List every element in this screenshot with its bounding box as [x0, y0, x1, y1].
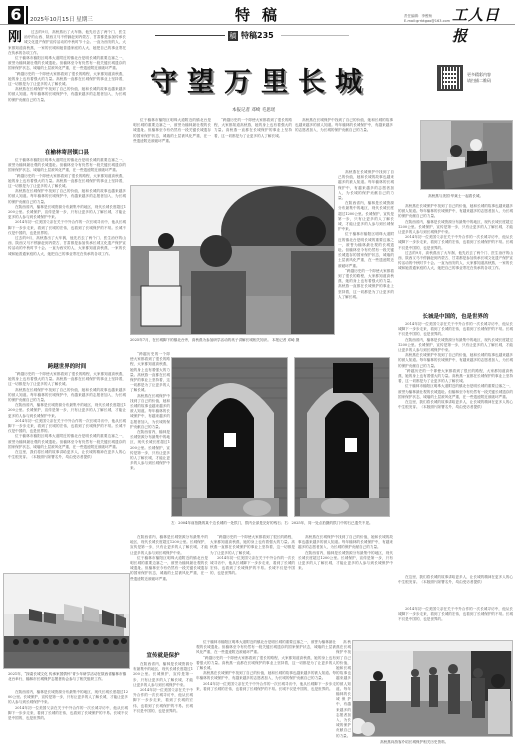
- body-paragraph: 过去的9月，高秋燕出了大车祸，他先后去了两个门、医生治疗的山西、陕西又马不停蹄赶…: [8, 236, 126, 257]
- body-paragraph: 高秋燕在长城保护中找到了自己的价值，她和长城的故事也越来越多的被人知道。每年榆林…: [338, 170, 394, 201]
- body-paragraph: 高秋燕在长城保护中找到了自己的价值，她和长城的故事也越来越多的被人知道。每年榆林…: [336, 640, 351, 739]
- body-paragraph: 在陕西省内，榆林是长城资源分布最集中的地区，现代长城长度超过1200公里。长城保…: [8, 403, 126, 419]
- sub-section-label: 特稿235: [241, 30, 274, 41]
- subhead-5: 长城是中国的，也是世界的: [398, 312, 513, 320]
- arch-photos-caption: 左：2004年前拍摄的某个边长城的一处拱门，拱内全部是完好的残石；右：2025年…: [171, 521, 393, 532]
- closing-credit: 在这里，我们将长城的故事讲给更多人，让长城的精神在更多人的心中生根发芽。（本版照…: [398, 575, 513, 605]
- body-paragraph: 2014年初一位美国父亲在关于中外合作的一次长城寻访中，他从长城脚下一步步走来，…: [8, 220, 126, 236]
- body-column-mid-3: 高秋燕在长城保护中找到了自己的价值，她和长城的故事也越来越多的被人知道。每年榆林…: [298, 535, 393, 635]
- body-paragraph: 在陕西省内，榆林是长城资源分布最集中的地区，现代长城长度超过1200公里。长城保…: [130, 430, 170, 472]
- body-paragraph: 2014年初一位美国父亲在关于中外合作的一次长城寻访中，他从长城脚下一步步走来，…: [398, 235, 513, 251]
- body-column-bottom-mid-2: 位于榆林市榆阳区明珠大道附近的镇北台是明长城的重要边塞之一，被誉为榆林最壮观的长…: [196, 640, 336, 748]
- body-paragraph: 高秋燕在长城保护中找到了自己的价值，她和长城的故事也越来越多的被人知道。每年榆林…: [8, 388, 126, 404]
- body-paragraph: 2014年初一位美国父亲在关于中外合作的一次长城寻访中，他从长城脚下一步步走来，…: [398, 607, 513, 623]
- body-paragraph: 位于榆林市榆阳区明珠大道附近的镇北台是明长城的重要边塞之一，被誉为榆林最壮观的长…: [398, 384, 513, 400]
- body-column-beside-main: 高秋燕在长城保护中找到了自己的价值，她和长城的故事也越来越多的被人知道。每年榆林…: [338, 170, 394, 335]
- issue-date: 2025年10月15日 星期三: [30, 15, 93, 23]
- body-paragraph: 位于榆林市榆阳区明珠大道附近的镇北台是明长城的重要边塞之一，被誉为榆林最壮观的长…: [8, 434, 126, 450]
- article-icon: 稿: [228, 31, 238, 41]
- page-number-bar: [26, 6, 28, 24]
- body-column-right-1: 高秋燕在长城保护中找到了自己的价值，她和长城的故事也越来越多的被人知道。每年榆林…: [398, 204, 513, 309]
- body-column-left-1: 位于榆林市榆阳区明珠大道附近的镇北台是明长城的重要边塞之一，被誉为榆林最壮观的长…: [8, 158, 126, 358]
- couple-photo-image: [421, 121, 513, 190]
- main-photo-image: [131, 186, 335, 335]
- editor-info: 责任编辑：李俊杨 E-mail:grrbtgao@163.com: [404, 14, 450, 23]
- arch-photo-2025: [294, 357, 390, 517]
- section-title: 特稿: [235, 4, 289, 25]
- body-column-top-2: “跨越历史的一个即使大家都看到了很长的路程，大家都知道高秋燕，她的身上也有着强大…: [214, 118, 292, 168]
- body-paragraph: 在陕西省内，榆林是长城资源分布最集中的地区，现代长城长度超过1200公里。长城保…: [398, 338, 513, 354]
- body-column-right-3: 2014年初一位美国父亲在关于中外合作的一次长城寻访中，他从长城脚下一步步走来，…: [398, 607, 513, 637]
- subhead-4: 宣传就是保护: [133, 651, 193, 659]
- intro-paragraph: 高秋燕在长城保护中找到了自己的价值，她和长城的故事也越来越多的被人知道。每年榆林…: [8, 87, 126, 103]
- qr-code-icon[interactable]: [437, 65, 463, 91]
- body-paragraph: 2014年初一位美国父亲在关于中外合作的一次长城寻访中，他从长城脚下一步步走来，…: [210, 556, 295, 577]
- body-paragraph: 在这里，我们将长城的故事讲给更多人，让长城的精神在更多人的心中生根发芽。（本版照…: [8, 450, 126, 460]
- body-paragraph: 2014年初一位美国父亲在关于中外合作的一次长城寻访中，他从长城脚下一步步走来，…: [133, 688, 193, 714]
- body-paragraph: “跨越历史的一个即使大家都看到了很长的路程，大家都知道高秋燕，她的身上也有着强大…: [130, 352, 170, 394]
- body-paragraph: 过去的9月，高秋燕出了大车祸，他先后去了两个门、医生治疗的山西、陕西又马不停蹄赶…: [398, 251, 513, 272]
- body-paragraph: 2014年初一位美国父亲在关于中外合作的一次长城寻访中，他从长城脚下一步步走来，…: [398, 322, 513, 338]
- editor-email: E-mail:grrbtgao@163.com: [404, 19, 450, 24]
- top-right-photo-couple-with-map: [420, 120, 513, 190]
- body-paragraph: 位于榆林市榆阳区明珠大道附近的镇北台是明长城的重要边塞之一，被誉为榆林最壮观的长…: [130, 556, 208, 582]
- body-paragraph: 在陕西省内，榆林是长城资源分布最集中的地区，现代长城长度超过1200公里。长城保…: [133, 662, 193, 688]
- sub-section-rule-left: [155, 35, 225, 36]
- body-column-beside-arch: “跨越历史的一个即使大家都看到了很长的路程，大家都知道高秋燕，她的身上也有着强大…: [130, 352, 170, 532]
- qr-caption-line: 请扫描二维码: [467, 78, 507, 84]
- newspaper-logo: 工人日报: [452, 4, 515, 46]
- body-column-bottom-mid-1: 在陕西省内，榆林是长城资源分布最集中的地区，现代长城长度超过1200公里。长城保…: [133, 662, 193, 748]
- body-paragraph: “跨越历史的一个即使大家都看到了很长的路程，大家都知道高秋燕，她的身上也有着强大…: [338, 269, 394, 300]
- body-paragraph: 在陕西省内，榆林是长城资源分布最集中的地区，现代长城长度超过1200公里。长城保…: [338, 201, 394, 232]
- body-column-right-2: 2014年初一位美国父亲在关于中外合作的一次长城寻访中，他从长城脚下一步步走来，…: [398, 322, 513, 572]
- sub-section-rule-right: [281, 35, 349, 36]
- arch-2025-image: [295, 358, 390, 517]
- body-paragraph: “跨越历史的一个即使大家都看到了很长的路程，大家都知道高秋燕，她的身上也有着强大…: [210, 535, 295, 556]
- intro-paragraph: 过去的9月，高秋燕出了大车祸，他先后去了两个门、医生治疗的山西、陕西又马不停蹄赶…: [8, 30, 126, 56]
- body-paragraph: 高秋燕在长城保护中找到了自己的价值，她和长城的故事也越来越多的被人知道。每年榆林…: [298, 535, 393, 551]
- exhibition-photo-caption: 高秋燕向游客介绍长城保护相关历史资料。: [380, 740, 513, 746]
- body-column-left-2: “跨越历史的一个即使大家都看到了很长的路程，大家都知道高秋燕，她的身上也有着强大…: [8, 372, 126, 562]
- body-paragraph: 高秋燕在长城保护中找到了自己的价值，她和长城的故事也越来越多的被人知道。每年榆林…: [398, 204, 513, 220]
- byline: 本报记者 邓崎 毛思瑶: [232, 107, 275, 113]
- body-paragraph: 2014年初一位美国父亲在关于中外合作的一次长城寻访中，他从长城脚下一步步走来，…: [8, 419, 126, 435]
- body-paragraph: 高秋燕在长城保护中找到了自己的价值，她和长城的故事也越来越多的被人知道。每年榆林…: [8, 189, 126, 205]
- body-paragraph: 在陕西省内，榆林是长城资源分布最集中的地区，现代长城长度超过1200公里。长城保…: [298, 551, 393, 572]
- headline: 守望万里长城: [150, 60, 372, 99]
- body-column-mid-1: 在陕西省内，榆林是长城资源分布最集中的地区，现代长城长度超过1200公里。长城保…: [130, 535, 208, 635]
- subhead-1: 在榆林寄居镇口县: [8, 148, 126, 156]
- body-column-mid-2: “跨越历史的一个即使大家都看到了很长的路程，大家都知道高秋燕，她的身上也有着强大…: [210, 535, 295, 635]
- closing-paragraph: 在这里，我们将长城的故事讲给更多人，让长城的精神在更多人的心中生根发芽。（本版照…: [398, 575, 513, 585]
- body-column-top-1: 位于榆林市榆阳区明珠大道附近的镇北台是明长城的重要边塞之一，被誉为榆林最壮观的长…: [133, 118, 211, 168]
- body-paragraph: 位于榆林市榆阳区明珠大道附近的镇北台是明长城的重要边塞之一，被誉为榆林最壮观的长…: [196, 640, 336, 656]
- body-paragraph: 高秋燕在长城保护中找到了自己的价值，她和长城的故事也越来越多的被人知道。每年榆林…: [130, 394, 170, 430]
- body-paragraph: “跨越历史的一个即使大家都看到了很长的路程，大家都知道高秋燕，她的身上也有着强大…: [214, 118, 292, 139]
- drop-cap: 刚: [8, 30, 22, 44]
- main-photo-caption: 2025年7月，在长城脚下的镇北台旁，高秋燕为参加研学活动的孩子讲解长城相关知识…: [130, 338, 380, 344]
- body-paragraph: 在陕西省内，榆林是长城资源分布最集中的地区，现代长城长度超过1200公里。长城保…: [8, 205, 126, 221]
- body-column-top-3: 高秋燕在长城保护中找到了自己的价值，她和长城的故事也越来越多的被人知道。每年榆林…: [295, 118, 393, 168]
- group-photo-caption: 2021年，“探索长城文化 传承家国情怀”青少年研学活动在陕西省榆林市镇北台举行…: [8, 672, 128, 690]
- body-paragraph: “跨越历史的一个即使大家都看到了很长的路程，大家都知道高秋燕，她的身上也有着强大…: [196, 656, 336, 672]
- body-paragraph: 在陕西省内，榆林是长城资源分布最集中的地区，现代长城长度超过1200公里。长城保…: [8, 690, 128, 706]
- body-paragraph: 高秋燕在长城保护中找到了自己的价值，她和长城的故事也越来越多的被人知道。每年榆林…: [398, 353, 513, 369]
- arch-photo-2004: [171, 357, 288, 517]
- body-paragraph: “跨越历史的一个即使大家都看到了很长的路程，大家都知道高秋燕，她的身上也有着强大…: [8, 174, 126, 190]
- body-paragraph: 2014年初一位美国父亲在关于中外合作的一次长城寻访中，他从长城脚下一步步走来，…: [8, 706, 128, 722]
- page-number: 6: [8, 6, 24, 24]
- arch-2004-image: [172, 358, 288, 517]
- intro-column: 刚 过去的9月，高秋燕出了大车祸，他先后去了两个门、医生治疗的山西、陕西又马不停…: [8, 30, 126, 155]
- top-right-photo-caption: 高秋燕与美国·华莱士一起看长城。: [428, 194, 513, 200]
- body-paragraph: 2014年初一位美国父亲在关于中外合作的一次长城寻访中，他从长城脚下一步步走来，…: [196, 682, 336, 692]
- body-paragraph: “跨越历史的一个即使大家都看到了很长的路程，大家都知道高秋燕，她的身上也有着强大…: [8, 372, 126, 388]
- qr-caption: 更多精彩内容 请扫描二维码: [467, 72, 507, 84]
- body-paragraph: 高秋燕在长城保护中找到了自己的价值，她和长城的故事也越来越多的被人知道。每年榆林…: [196, 671, 336, 681]
- body-paragraph: 位于榆林市榆阳区明珠大道附近的镇北台是明长城的重要边塞之一，被誉为榆林最壮观的长…: [8, 158, 126, 174]
- body-paragraph: 在陕西省内，榆林是长城资源分布最集中的地区，现代长城长度超过1200公里。长城保…: [398, 220, 513, 236]
- exhibition-photo-guide: [352, 640, 513, 737]
- intro-paragraph: “跨越历史的一个即使大家都看到了很长的路程，大家都知道高秋燕，她的身上也有着强大…: [8, 72, 126, 88]
- intro-paragraph: 位于榆林市榆阳区明珠大道附近的镇北台是明长城的重要边塞之一，被誉为榆林最壮观的长…: [8, 56, 126, 72]
- body-paragraph: “跨越历史的一个即使大家都看到了很长的路程，大家都知道高秋燕，她的身上也有着强大…: [398, 369, 513, 385]
- sub-section-tag: 稿 特稿235: [155, 30, 349, 41]
- main-photo-volunteer-with-children: [130, 185, 335, 335]
- body-paragraph: 高秋燕在长城保护中找到了自己的价值，她和长城的故事也越来越多的被人知道。每年榆林…: [295, 118, 393, 134]
- body-paragraph: 位于榆林市榆阳区明珠大道附近的镇北台是明长城的重要边塞之一，被誉为榆林最壮观的长…: [338, 232, 394, 268]
- body-paragraph: 在这里，我们将长城的故事讲给更多人，让长城的精神在更多人的心中生根发芽。（本版照…: [398, 400, 513, 410]
- exhibition-photo-image: [353, 641, 513, 737]
- body-paragraph: 在陕西省内，榆林是长城资源分布最集中的地区，现代长城长度超过1200公里。长城保…: [130, 535, 208, 556]
- body-paragraph: 位于榆林市榆阳区明珠大道附近的镇北台是明长城的重要边塞之一，被誉为榆林最壮观的长…: [133, 118, 211, 144]
- subhead-2: 跨越世界的时间: [8, 362, 126, 370]
- group-photo-flags: [3, 573, 130, 669]
- header-divider: [0, 24, 515, 25]
- group-photo-image: [4, 574, 130, 669]
- body-column-bottom-left: 在陕西省内，榆林是长城资源分布最集中的地区，现代长城长度超过1200公里。长城保…: [8, 690, 128, 748]
- body-column-beside-exhibition: 高秋燕在长城保护中找到了自己的价值，她和长城的故事也越来越多的被人知道。每年榆林…: [336, 640, 351, 745]
